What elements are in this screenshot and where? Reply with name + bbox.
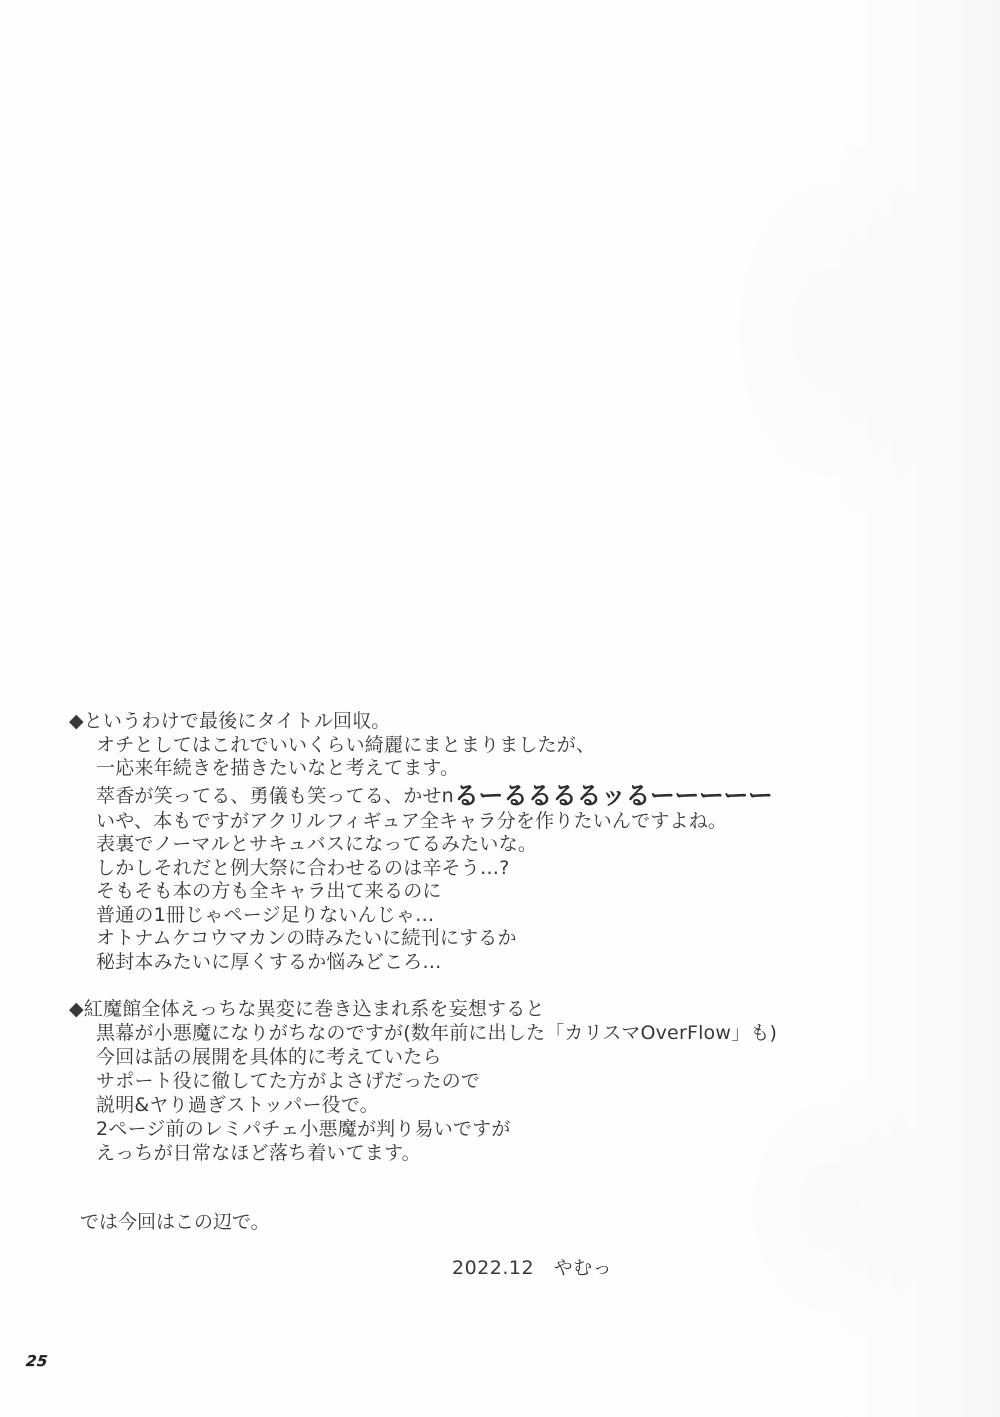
- paragraph-line: 黒幕が小悪魔になりがちなのですが(数年前に出した「カリスマOverFlow」も): [96, 1021, 777, 1045]
- date-signature: 2022.12 やむっ: [452, 1256, 612, 1280]
- paragraph-line: 普通の1冊じゃページ足りないんじゃ…: [96, 904, 772, 928]
- afterword-paragraph-2: ◆紅魔館全体えっちな異変に巻き込まれ系を妄想すると 黒幕が小悪魔になりがちなので…: [69, 997, 777, 1165]
- scan-shading: [830, 0, 1000, 1417]
- paragraph-line: ◆というわけで最後にタイトル回収。: [69, 710, 772, 734]
- paragraph-line: オトナムケコウマカンの時みたいに続刊にするか: [96, 927, 772, 951]
- line-regular-part: 萃香が笑ってる、勇儀も笑ってる、かせn: [96, 785, 454, 807]
- paragraph-line: オチとしてはこれでいいくらい綺麗にまとまりましたが、: [96, 734, 772, 758]
- paragraph-line: しかしそれだと例大祭に合わせるのは辛そう…?: [96, 857, 772, 881]
- line-big-part: るーるるるるッるーーーーー: [454, 781, 773, 810]
- paragraph-line: 表裏でノーマルとサキュバスになってるみたいな。: [96, 833, 772, 857]
- paragraph-line: ◆紅魔館全体えっちな異変に巻き込まれ系を妄想すると: [69, 997, 777, 1021]
- scanned-afterword-page: ◆というわけで最後にタイトル回収。 オチとしてはこれでいいくらい綺麗にまとまりま…: [0, 0, 1000, 1417]
- paragraph-line: 秘封本みたいに厚くするか悩みどころ…: [96, 951, 772, 975]
- paragraph-line: 説明&ヤり過ぎストッパー役で。: [96, 1093, 777, 1117]
- paragraph-line: 今回は話の展開を具体的に考えていたら: [96, 1045, 777, 1069]
- scan-artifact: [700, 120, 960, 540]
- paragraph-line: えっちが日常なほど落ち着いてます。: [96, 1141, 777, 1165]
- paragraph-line: サポート役に徹してた方がよさげだったので: [96, 1069, 777, 1093]
- paragraph-line: いや、本もですがアクリルフィギュア全キャラ分を作りたいんですよね。: [96, 810, 772, 834]
- afterword-paragraph-1: ◆というわけで最後にタイトル回収。 オチとしてはこれでいいくらい綺麗にまとまりま…: [69, 710, 772, 974]
- closing-remark: では今回はこの辺で。: [80, 1210, 270, 1234]
- page-number: 25: [25, 1352, 49, 1370]
- paragraph-line: 2ページ前のレミパチェ小悪魔が判り易いですが: [96, 1117, 777, 1141]
- paragraph-line: 一応来年続きを描きたいなと考えてます。: [96, 757, 772, 781]
- paragraph-line: そもそも本の方も全キャラ出て来るのに: [96, 880, 772, 904]
- paragraph-line-emphasized: 萃香が笑ってる、勇儀も笑ってる、かせnるーるるるるッるーーーーー: [96, 781, 772, 810]
